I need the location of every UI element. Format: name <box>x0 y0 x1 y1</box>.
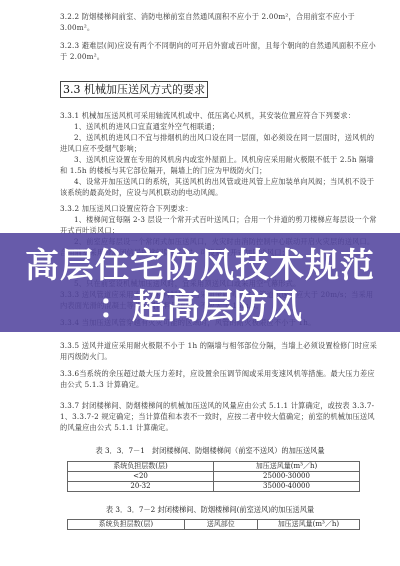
table-cell: <20 <box>68 472 214 482</box>
table-header-cell: 加压送风量(m³／h) <box>257 520 359 530</box>
table-row: 20-32 35000-40000 <box>68 482 360 492</box>
paragraph-3-3-6: 3.3.6当系统的余压超过最大压力差时，应设置余压调节阀或采用变速风机等措施。最… <box>60 368 380 390</box>
table-cell: 35000-40000 <box>214 482 360 492</box>
table-cell: 25000-30000 <box>214 472 360 482</box>
banner-title-line2: ：超高层防风 <box>0 287 400 327</box>
paragraph-3-3-1-item3: 3、送风机应设置在专用的风机房内或室外屋面上。风机房应采用耐火极限不低于 2.5… <box>60 154 380 176</box>
table-header-cell: 系统负担层数(层) <box>68 520 185 530</box>
table-header-cell: 送风部位 <box>184 520 257 530</box>
table-cell: 20-32 <box>68 482 214 492</box>
paragraph-3-3-1-item1: 1、送风机的进风口宜直通室外空气相联通； <box>60 121 380 132</box>
paragraph-3-3-5: 3.3.5 送风井道应采用耐火极限不小于 1h 的隔墙与相邻部位分隔，当墙上必须… <box>60 340 380 362</box>
table1-caption: 表 3．3．7－1 封闭楼梯间、防烟楼梯间（前室不送风）的加压送风量 <box>60 446 360 456</box>
table-header-cell: 加压送风量(m³／h) <box>214 462 360 472</box>
paragraph-3-3-1-item4: 4、设常开加压送风口的系统，其送风机的出风管或进风管上应加装单向风阀；当风机不设… <box>60 176 380 198</box>
table-header-row: 系统负担层数(层) 加压送风量(m³／h) <box>68 462 360 472</box>
paragraph-3-2-3: 3.2.3 避难层(间)应设有两个不同朝向的可开启外窗或百叶窗，且每个朝向的自然… <box>60 40 380 62</box>
paragraph-3-2-2: 3.2.2 防烟楼梯间前室、消防电梯前室自然通风面积不应小于 2.00m²，合用… <box>60 11 380 33</box>
paragraph-3-3-7: 3.3.7 封闭楼梯间、防烟楼梯间的机械加压送风的风量应由公式 5.1.1 计算… <box>60 400 380 433</box>
paragraph-3-3-1-item2: 2、送风机的进风口不宜与排烟机的出风口设在同一层面，如必须设在同一层面时，送风机… <box>60 132 380 154</box>
banner-title-line1: 高层住宅防风技术规范 <box>0 246 400 286</box>
table-air-volume-2: 系统负担层数(层) 送风部位 加压送风量(m³／h) <box>67 519 360 530</box>
table2-caption: 表 3．3．7－2 封闭楼梯间、防烟楼梯间(前室送风)的加压送风量 <box>60 505 360 515</box>
table-header-row: 系统负担层数(层) 送风部位 加压送风量(m³／h) <box>68 520 360 530</box>
table-row: <20 25000-30000 <box>68 472 360 482</box>
paragraph-3-3-1: 3.3.1 机械加压送风机可采用轴流风机或中、低压离心风机，其安装位置应符合下列… <box>60 110 380 121</box>
table-air-volume-1: 系统负担层数(层) 加压送风量(m³／h) <20 25000-30000 20… <box>67 461 360 492</box>
paragraph-3-3-2: 3.3.2 加压送风口设置应符合下列要求： <box>60 203 380 214</box>
section-heading-3-3: 3.3 机械加压送风方式的要求 <box>60 81 208 98</box>
table-header-cell: 系统负担层数(层) <box>68 462 214 472</box>
